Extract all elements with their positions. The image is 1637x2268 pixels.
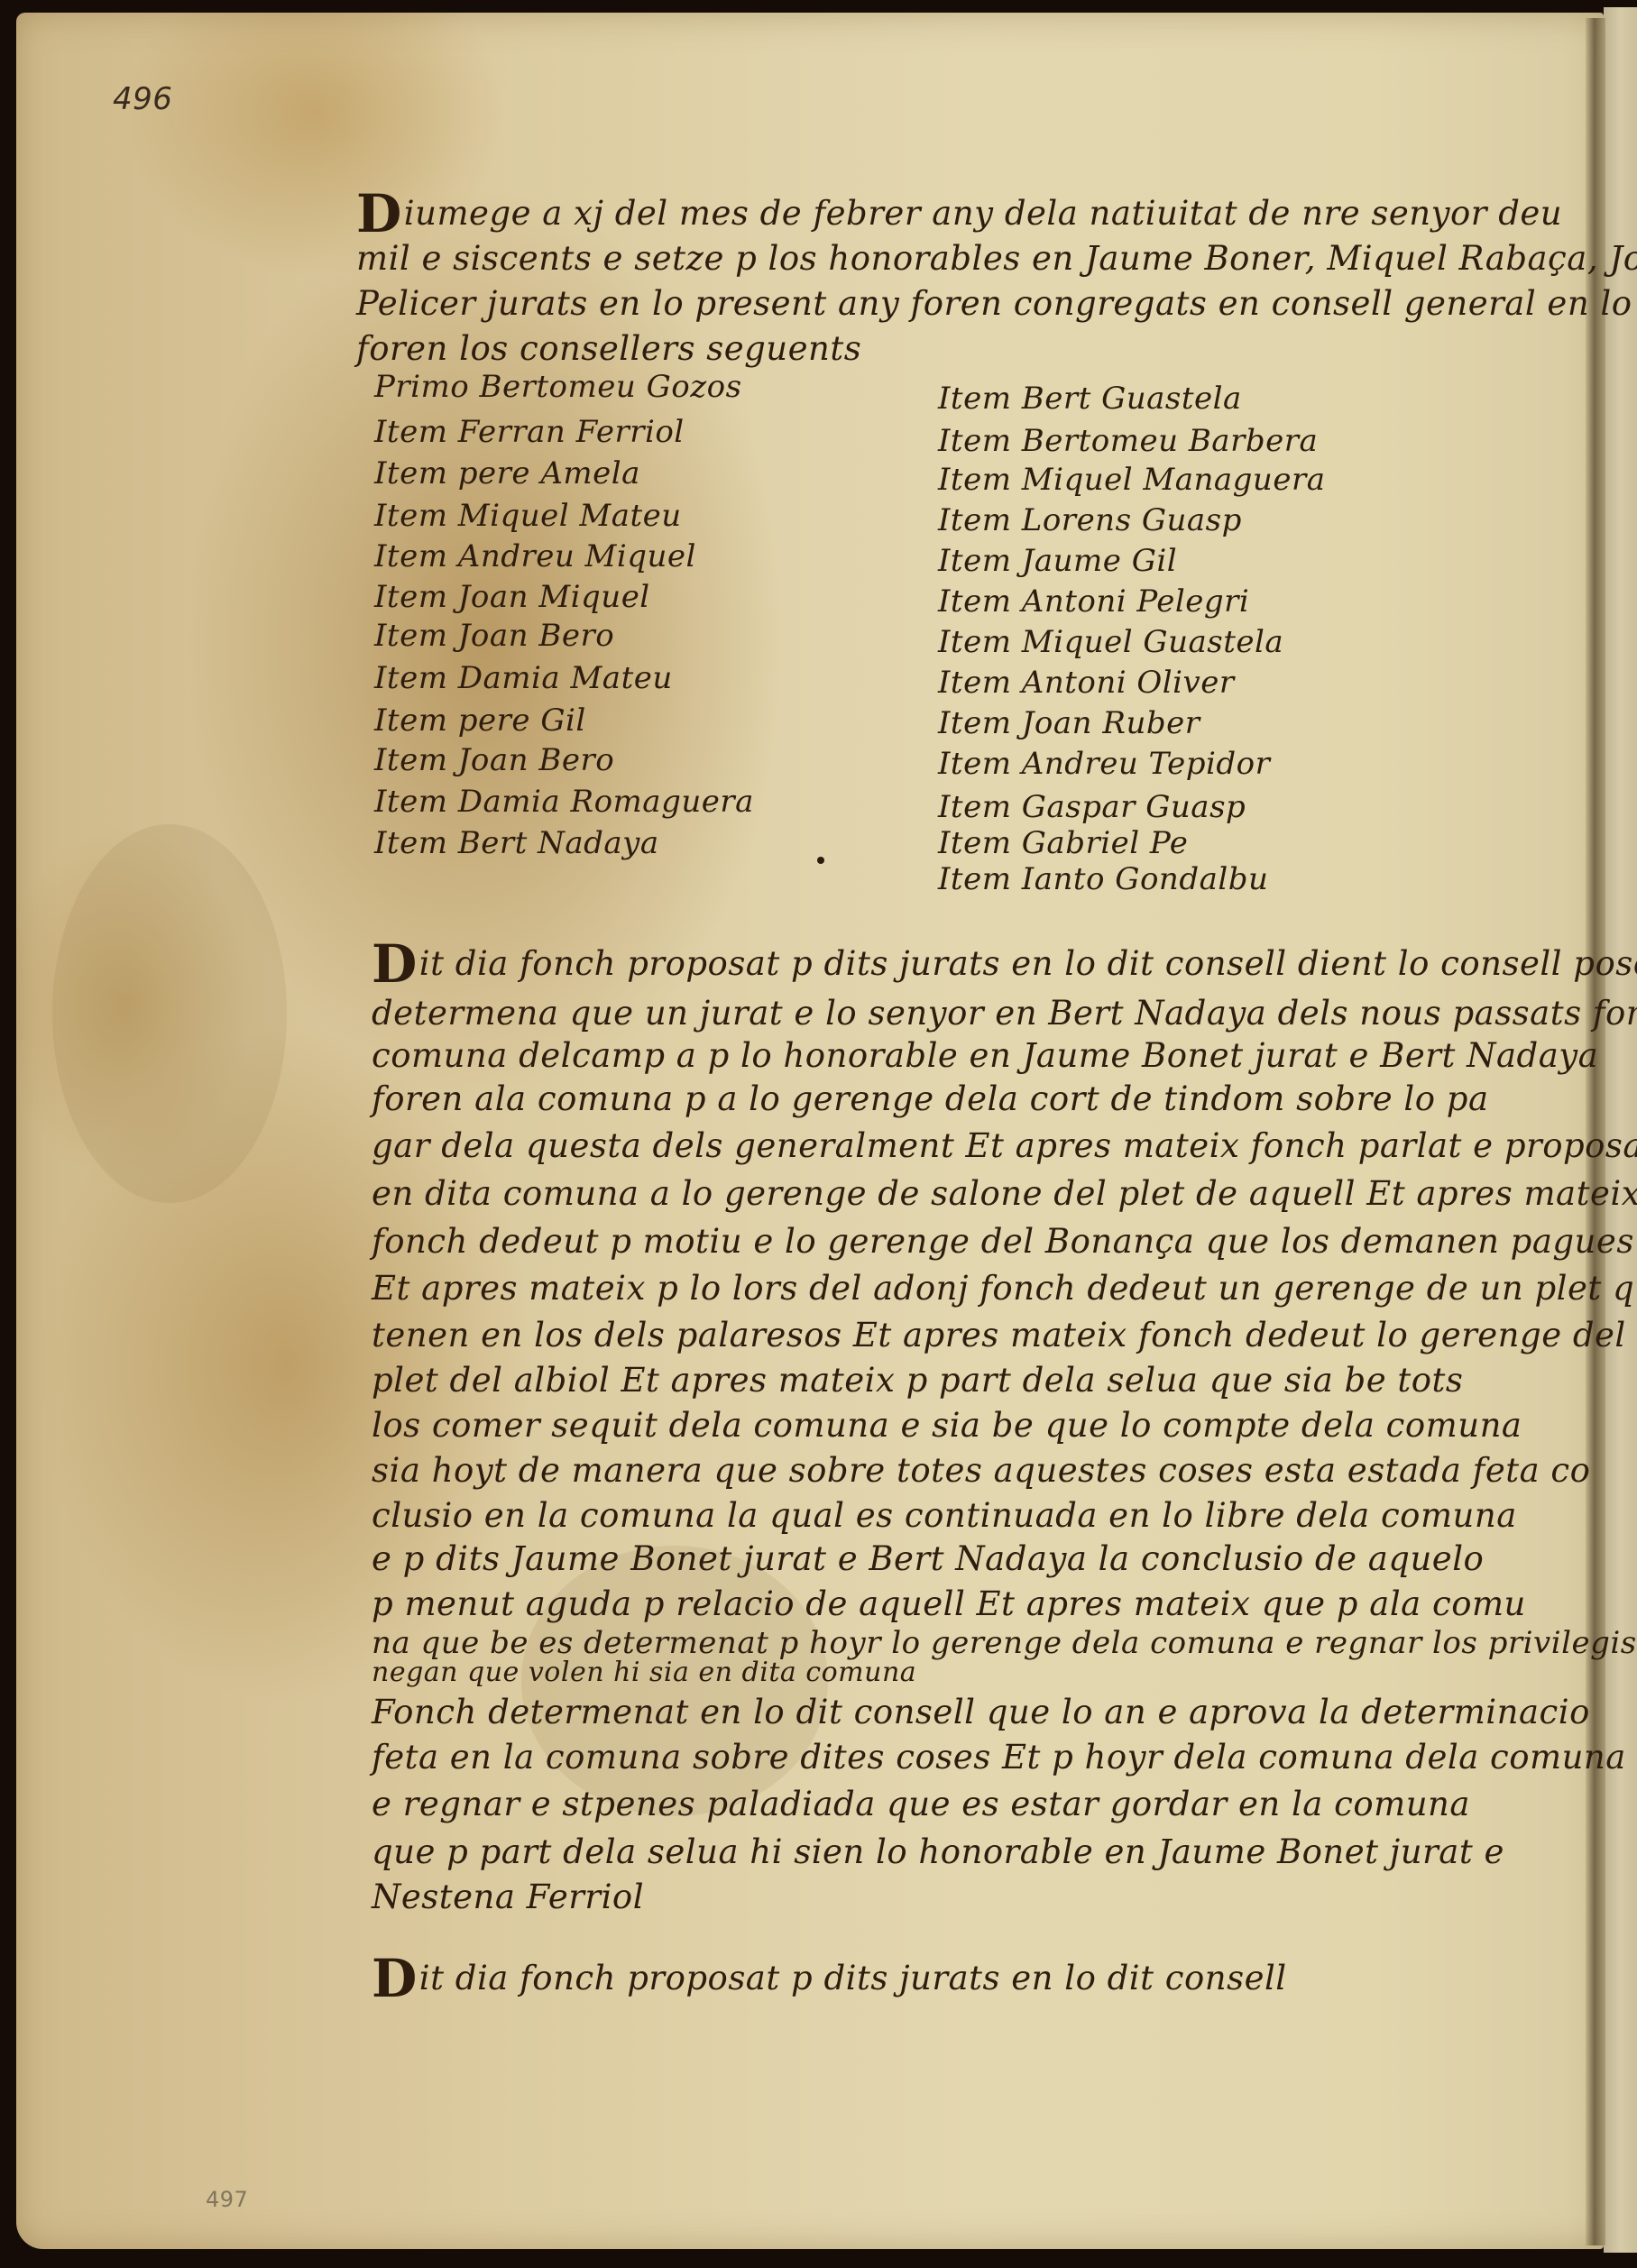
body-line: que p part dela selua hi sien lo honorab…	[372, 1835, 1504, 1869]
body-line: foren ala comuna p a lo gerenge dela cor…	[372, 1082, 1489, 1116]
attendee-item: Item Ianto Gondalbu	[938, 864, 1268, 895]
attendee-item: Item pere Gil	[374, 705, 586, 736]
water-stain	[52, 824, 287, 1203]
attendee-item: Item Jaume Gil	[938, 546, 1177, 576]
attendee-item: Item Andreu Miquel	[374, 541, 696, 572]
closing-line: Dit dia fonch proposat p dits jurats en …	[372, 1952, 1287, 2005]
attendee-item: Item Gabriel Pe	[938, 828, 1188, 859]
folio-number: 496	[113, 81, 172, 117]
intro-line: mil e siscents e setze p los honorables …	[356, 242, 1637, 275]
body-line: p menut aguda p relacio de aquell Et apr…	[372, 1587, 1526, 1621]
intro-line: foren los consellers seguents	[356, 332, 861, 365]
attendee-item: Item Bert Nadaya	[374, 828, 659, 859]
attendee-item: Primo Bertomeu Gozos	[374, 372, 742, 402]
attendee-item: Item Miquel Guastela	[938, 627, 1283, 657]
attendee-item: Item Damia Mateu	[374, 663, 673, 693]
body-line: en dita comuna a lo gerenge de salone de…	[372, 1177, 1637, 1210]
body-line: Et apres mateix p lo lors del adonj fonc…	[372, 1272, 1637, 1305]
body-line: Fonch determenat en lo dit consell que l…	[372, 1695, 1590, 1729]
attendee-item: Item Gaspar Guasp	[938, 792, 1246, 822]
body-line: sia hoyt de manera que sobre totes aques…	[372, 1454, 1590, 1487]
initial-capital: D	[372, 1948, 418, 2009]
body-line-rest: it dia fonch proposat p dits jurats en l…	[419, 944, 1637, 983]
body-line: plet del albiol Et apres mateix p part d…	[372, 1364, 1463, 1397]
body-line: los comer sequit dela comuna e sia be qu…	[372, 1409, 1522, 1442]
attendee-item: Item Andreu Tepidor	[938, 748, 1270, 779]
attendee-item: Item Joan Ruber	[938, 708, 1200, 739]
attendee-item: Item pere Amela	[374, 458, 640, 489]
body-line: negan que volen hi sia en dita comuna	[372, 1659, 916, 1686]
body-line: clusio en la comuna la qual es continuad…	[372, 1499, 1517, 1532]
body-line: Dit dia fonch proposat p dits jurats en …	[372, 938, 1637, 990]
initial-capital: D	[356, 183, 402, 244]
body-line: e p dits Jaume Bonet jurat e Bert Nadaya…	[372, 1542, 1484, 1575]
body-line: determena que un jurat e lo senyor en Be…	[372, 996, 1637, 1030]
attendee-item: Item Lorens Guasp	[938, 505, 1242, 536]
body-line: gar dela questa dels generalment Et apre…	[372, 1129, 1637, 1162]
attendee-item: Item Bertomeu Barbera	[938, 426, 1318, 456]
body-line: Nestena Ferriol	[372, 1880, 644, 1914]
initial-capital: D	[372, 933, 418, 995]
attendee-item: Item Antoni Oliver	[938, 667, 1235, 698]
closing-line-rest: it dia fonch proposat p dits jurats en l…	[419, 1959, 1287, 1997]
attendee-item: Item Miquel Mateu	[374, 500, 682, 531]
attendee-item: Item Miquel Managuera	[938, 464, 1325, 495]
attendee-item: Item Joan Bero	[374, 620, 614, 651]
body-line: e regnar e stpenes paladiada que es esta…	[372, 1787, 1470, 1821]
intro-line: Pelicer jurats en lo present any foren c…	[356, 287, 1637, 320]
attendee-item: Item Joan Miquel	[374, 582, 650, 612]
intro-line: DDiumege a xj del mes de febrer any dela…	[356, 188, 1562, 240]
body-line: tenen en los dels palaresos Et apres mat…	[372, 1318, 1626, 1352]
pencil-archive-number: 497	[206, 2187, 248, 2212]
body-line: comuna delcamp a p lo honorable en Jaume…	[372, 1039, 1598, 1072]
attendee-item: Item Joan Bero	[374, 745, 614, 776]
body-line: na que be es determenat p hoyr lo gereng…	[372, 1628, 1637, 1658]
body-line: feta en la comuna sobre dites coses Et p…	[372, 1740, 1626, 1774]
attendee-item: Item Bert Guastela	[938, 383, 1242, 414]
attendee-item: Item Damia Romaguera	[374, 786, 754, 817]
ink-dot	[817, 857, 824, 864]
attendee-item: Item Antoni Pelegri	[938, 586, 1249, 617]
intro-line-rest: iumege a xj del mes de febrer any dela n…	[404, 194, 1562, 233]
body-line: fonch dedeut p motiu e lo gerenge del Bo…	[372, 1225, 1634, 1258]
attendee-item: Item Ferran Ferriol	[374, 417, 685, 447]
